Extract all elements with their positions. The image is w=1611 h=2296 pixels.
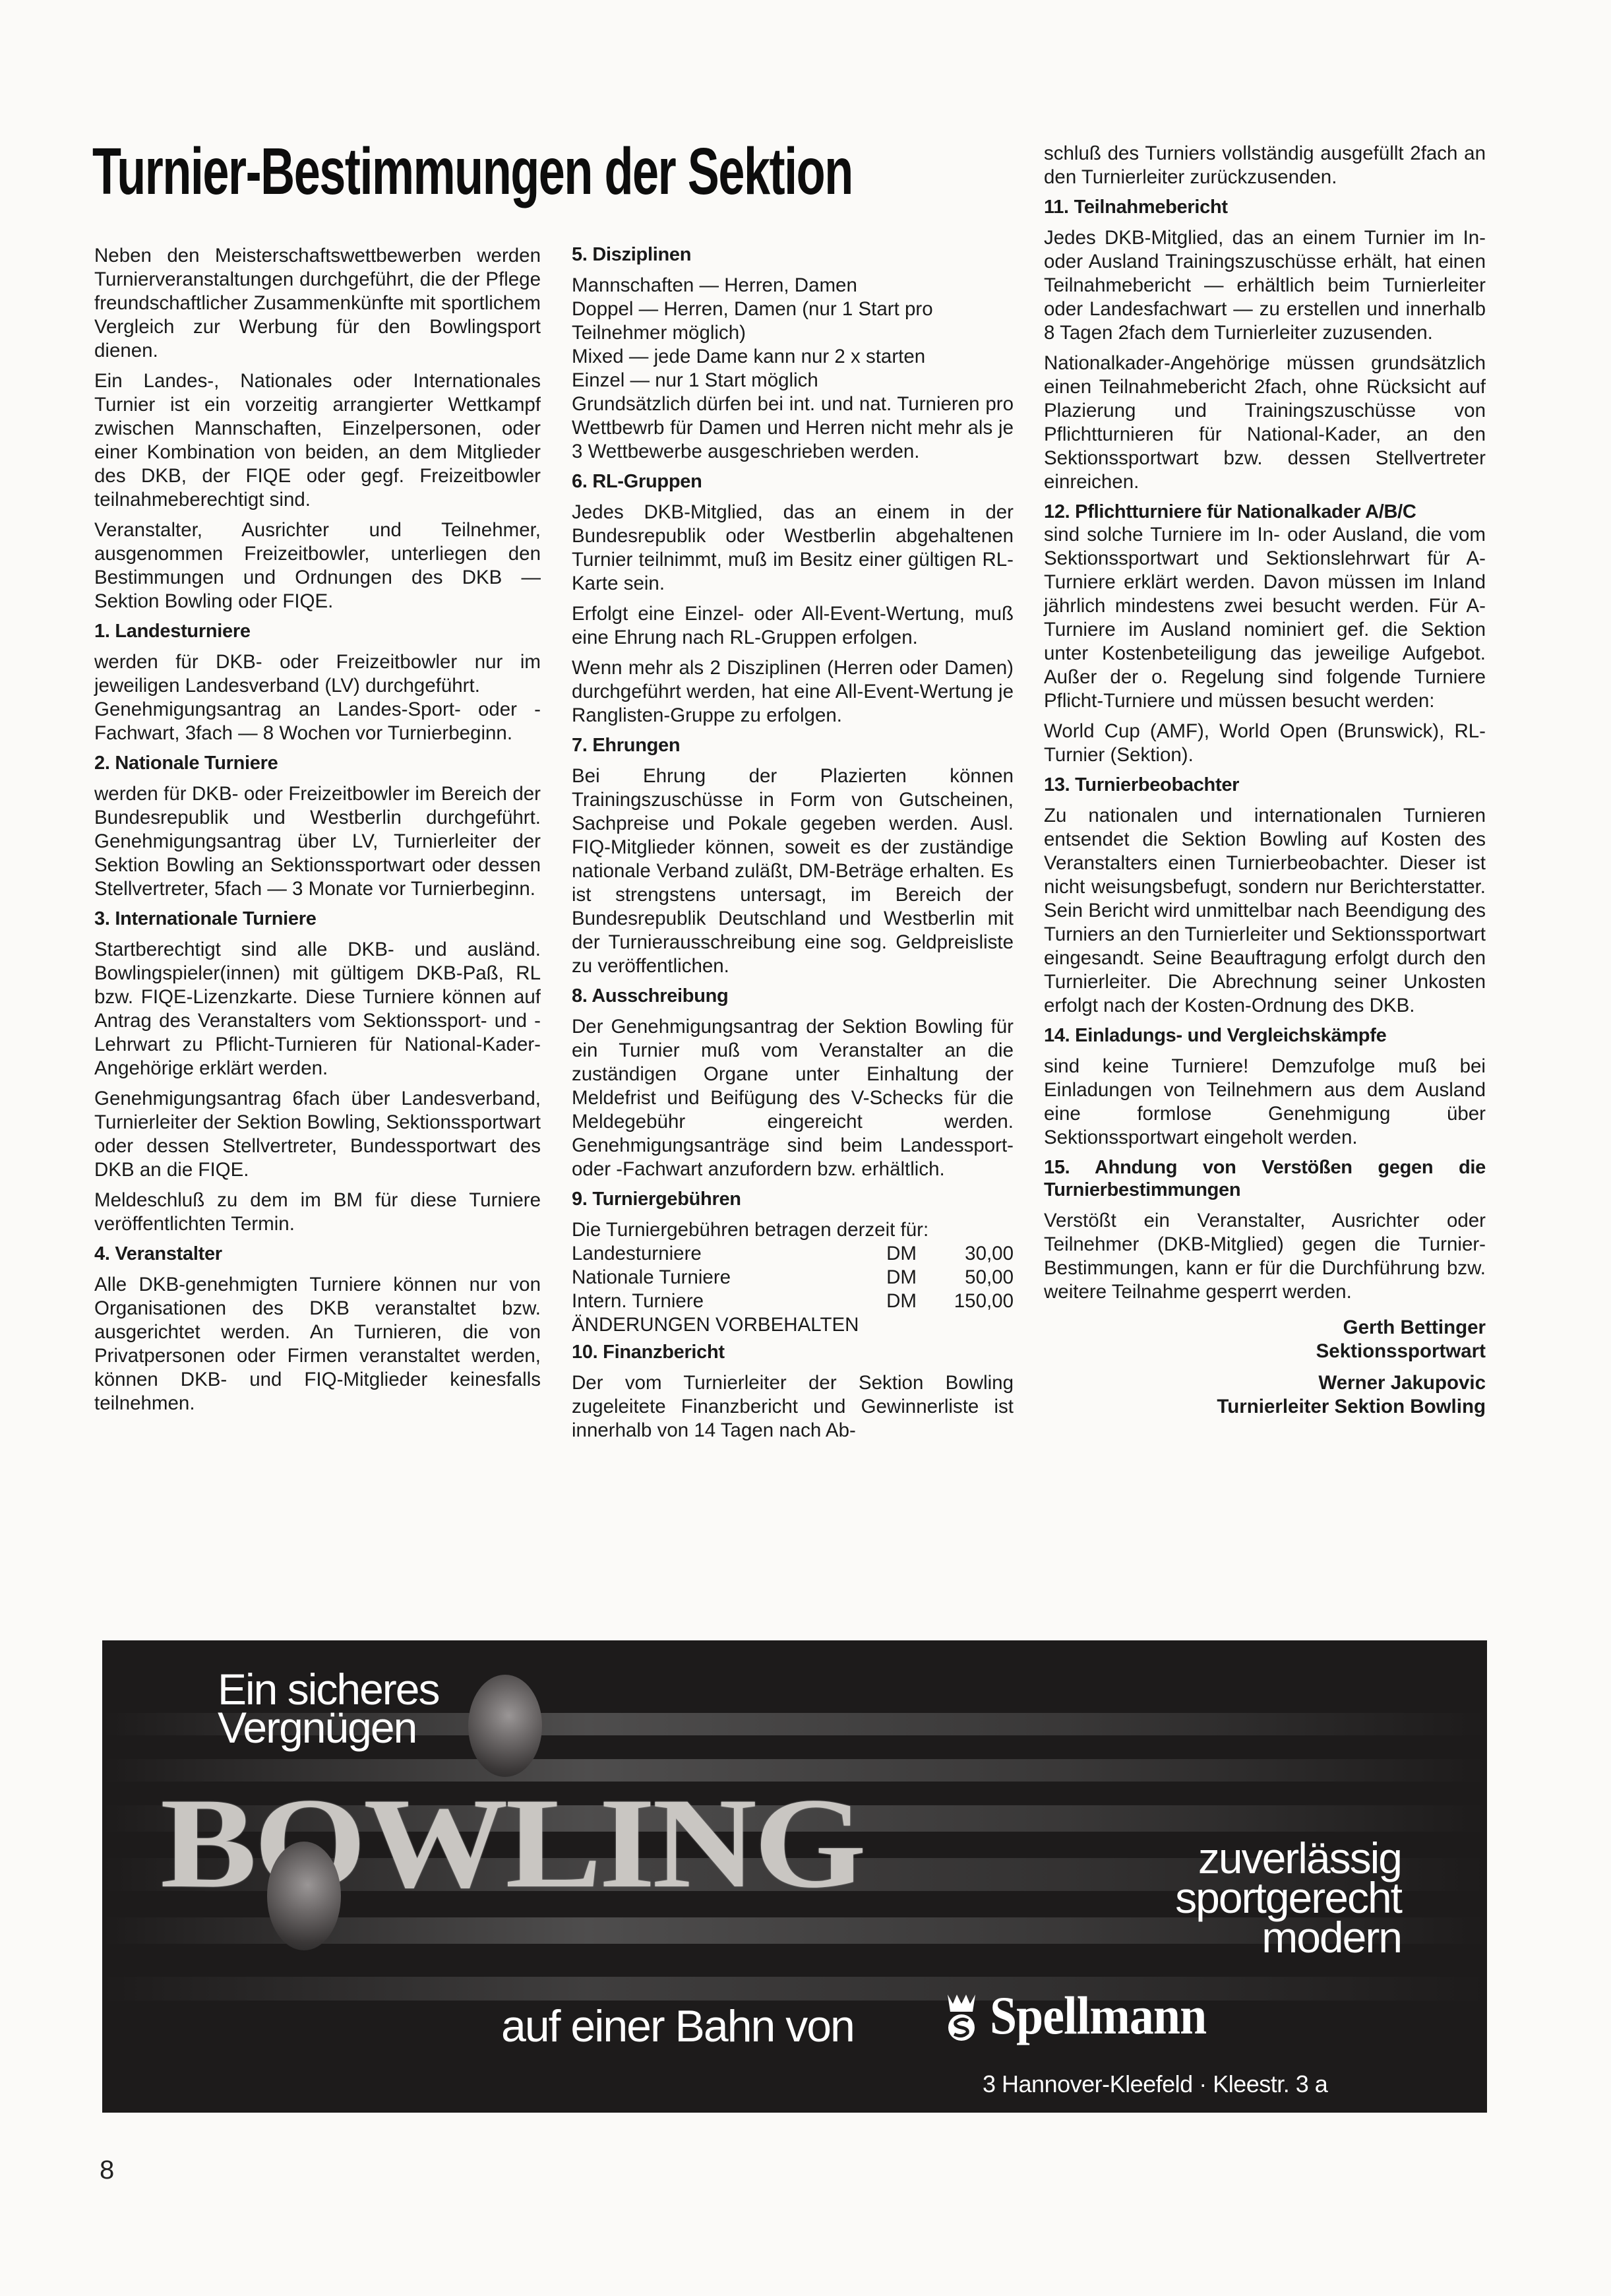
- fee-label: Intern. Turniere: [572, 1289, 704, 1313]
- section-paragraph: Grundsätzlich dürfen bei int. und nat. T…: [572, 392, 1014, 464]
- ad-bowling-word: BOWLING: [160, 1784, 863, 1903]
- ad-address: 3 Hannover-Kleefeld · Kleestr. 3 a: [983, 2070, 1327, 2098]
- section-heading-teilnahmebericht: 11. Teilnahmebericht: [1044, 196, 1486, 218]
- discipline-line: Doppel — Herren, Damen (nur 1 Start pro …: [572, 297, 1014, 345]
- column-1: Neben den Meisterschaftswettbewerben wer…: [94, 244, 541, 1422]
- fee-row: Nationale Turniere DM50,00: [572, 1266, 1014, 1289]
- section-heading-turniergebuehren: 9. Turniergebühren: [572, 1188, 1014, 1210]
- section-paragraph: sind keine Turniere! Demzufolge muß bei …: [1044, 1055, 1486, 1150]
- section-paragraph: Bei Ehrung der Plazierten können Trainin…: [572, 764, 1014, 978]
- section-heading-veranstalter: 4. Veranstalter: [94, 1243, 541, 1265]
- brand-name: Spellmann: [990, 1987, 1206, 2045]
- section-paragraph: Alle DKB-genehmigten Turniere können nur…: [94, 1273, 541, 1415]
- fee-label: Nationale Turniere: [572, 1266, 731, 1289]
- fee-amount: 50,00: [931, 1266, 1014, 1289]
- section-heading-turnierbeobachter: 13. Turnierbeobachter: [1044, 774, 1486, 796]
- signature-name: Gerth Bettinger: [1044, 1316, 1486, 1340]
- discipline-line: Mannschaften — Herren, Damen: [572, 274, 1014, 297]
- fee-row: Landesturniere DM30,00: [572, 1242, 1014, 1266]
- section-paragraph: Wenn mehr als 2 Disziplinen (Herren oder…: [572, 656, 1014, 728]
- section-paragraph: Jedes DKB-Mitglied, das an einem in der …: [572, 501, 1014, 596]
- section-paragraph: Verstößt ein Veranstalter, Ausrichter od…: [1044, 1209, 1486, 1304]
- section-paragraph: werden für DKB- oder Freizeitbowler nur …: [94, 650, 541, 698]
- crown-s-logo-icon: [946, 1992, 977, 2045]
- section-paragraph: Startberechtigt sind alle DKB- und auslä…: [94, 938, 541, 1080]
- section-paragraph: werden für DKB- oder Freizeitbowler im B…: [94, 782, 541, 901]
- section-heading-rl-gruppen: 6. RL-Gruppen: [572, 470, 1014, 493]
- spellmann-advertisement: Ein sicheres Vergnügen BOWLING zuverläss…: [102, 1640, 1487, 2113]
- section-heading-disziplinen: 5. Disziplinen: [572, 243, 1014, 266]
- discipline-line: Mixed — jede Dame kann nur 2 x starten: [572, 345, 1014, 369]
- signature-role: Turnierleiter Sektion Bowling: [1044, 1395, 1486, 1419]
- section-paragraph: schluß des Turniers vollständig ausgefül…: [1044, 142, 1486, 189]
- fee-currency: DM: [886, 1289, 917, 1313]
- section-paragraph: Genehmigungsantrag an Landes-Sport- oder…: [94, 698, 541, 745]
- column-3: schluß des Turniers vollständig ausgefül…: [1044, 142, 1486, 1427]
- fee-label: Landesturniere: [572, 1242, 702, 1266]
- signature-role: Sektionssportwart: [1044, 1340, 1486, 1363]
- intro-paragraph: Ein Landes-, Nationales oder Internation…: [94, 369, 541, 512]
- bowling-ball-icon: [267, 1842, 341, 1950]
- section-paragraph: Der vom Turnierleiter der Sektion Bowlin…: [572, 1371, 1014, 1443]
- section-heading-ausschreibung: 8. Ausschreibung: [572, 985, 1014, 1007]
- ad-headline: Ein sicheres Vergnügen: [218, 1670, 439, 1747]
- section-heading-landesturniere: 1. Landesturniere: [94, 620, 541, 642]
- section-heading-ahndung: 15. Ahndung von Verstößen gegen die Turn…: [1044, 1156, 1486, 1201]
- section-paragraph: Nationalkader-Angehörige müssen grundsät…: [1044, 352, 1486, 494]
- intro-paragraph: Veranstalter, Ausrichter und Teilnehmer,…: [94, 518, 541, 613]
- section-heading-finanzbericht: 10. Finanzbericht: [572, 1341, 1014, 1363]
- section-paragraph: Meldeschluß zu dem im BM für diese Turni…: [94, 1189, 541, 1236]
- section-heading-ehrungen: 7. Ehrungen: [572, 734, 1014, 757]
- section-heading-pflichtturniere: 12. Pflichtturniere für Nationalkader A/…: [1044, 501, 1486, 523]
- section-paragraph: sind solche Turniere im In- oder Ausland…: [1044, 523, 1486, 713]
- section-paragraph: Erfolgt eine Einzel- oder All-Event-Wert…: [572, 602, 1014, 650]
- fee-intro: Die Turniergebühren betragen derzeit für…: [572, 1218, 1014, 1242]
- signature-block: Gerth Bettinger Sektionssportwart Werner…: [1044, 1316, 1486, 1419]
- column-2: 5. Disziplinen Mannschaften — Herren, Da…: [572, 241, 1014, 1449]
- fee-amount: 150,00: [931, 1289, 1014, 1313]
- fee-table: Die Turniergebühren betragen derzeit für…: [572, 1218, 1014, 1337]
- ad-lane-text: auf einer Bahn von: [501, 2003, 854, 2049]
- section-paragraph: World Cup (AMF), World Open (Brunswick),…: [1044, 720, 1486, 767]
- page-number: 8: [100, 2156, 114, 2185]
- page-title: Turnier-Bestimmungen der Sektion: [92, 135, 729, 208]
- section-paragraph: Genehmigungsantrag 6fach über Landesverb…: [94, 1087, 541, 1182]
- section-heading-nationale-turniere: 2. Nationale Turniere: [94, 752, 541, 774]
- section-paragraph: Der Genehmigungsantrag der Sektion Bowli…: [572, 1015, 1014, 1181]
- fee-note: ÄNDERUNGEN VORBEHALTEN: [572, 1313, 1014, 1337]
- section-paragraph: Zu nationalen und internationalen Turnie…: [1044, 804, 1486, 1018]
- fee-amount: 30,00: [931, 1242, 1014, 1266]
- section-paragraph: Jedes DKB-Mitglied, das an einem Turnier…: [1044, 226, 1486, 345]
- fee-currency: DM: [886, 1242, 917, 1266]
- fee-row: Intern. Turniere DM150,00: [572, 1289, 1014, 1313]
- discipline-line: Einzel — nur 1 Start möglich: [572, 369, 1014, 392]
- lane-stripe: [102, 1977, 1487, 2001]
- section-heading-einladungskaempfe: 14. Einladungs- und Vergleichskämpfe: [1044, 1024, 1486, 1047]
- bowling-ball-icon: [468, 1675, 542, 1777]
- ad-brand: Spellmann: [946, 1987, 1231, 2045]
- section-heading-internationale-turniere: 3. Internationale Turniere: [94, 908, 541, 930]
- fee-currency: DM: [886, 1266, 917, 1289]
- intro-paragraph: Neben den Meisterschaftswettbewerben wer…: [94, 244, 541, 363]
- ad-tagline: zuverlässig sportgerecht modern: [874, 1838, 1401, 1957]
- signature-name: Werner Jakupovic: [1044, 1371, 1486, 1395]
